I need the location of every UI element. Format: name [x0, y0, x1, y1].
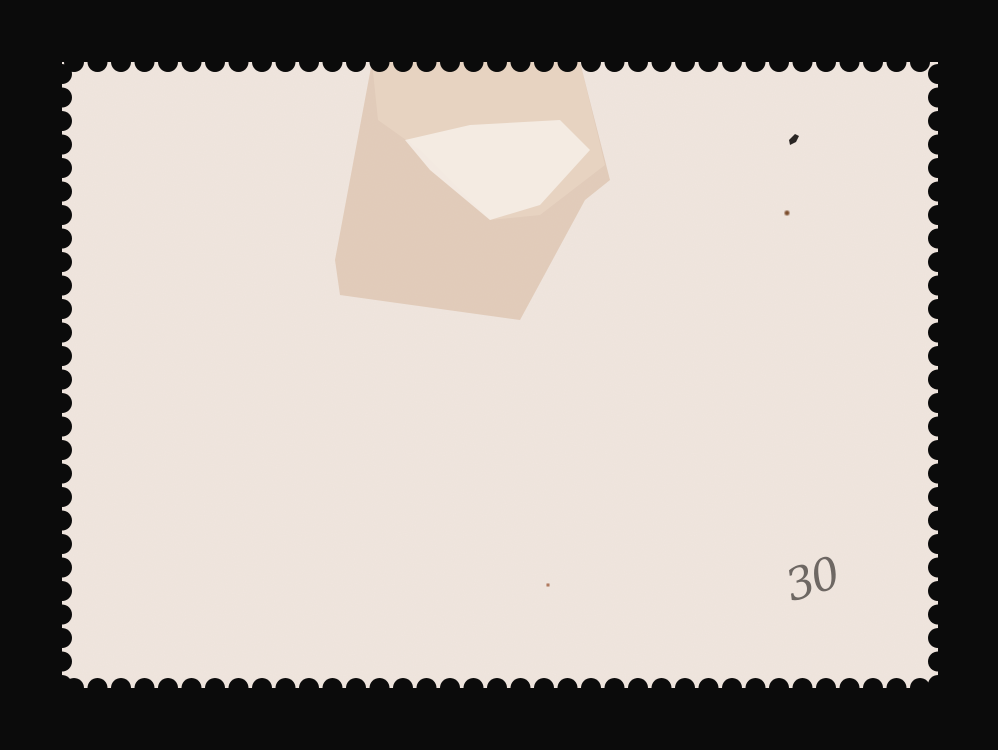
stamp-photo: [0, 0, 998, 750]
foxing-spot-small: [546, 583, 549, 586]
foxing-spot: [785, 211, 790, 216]
